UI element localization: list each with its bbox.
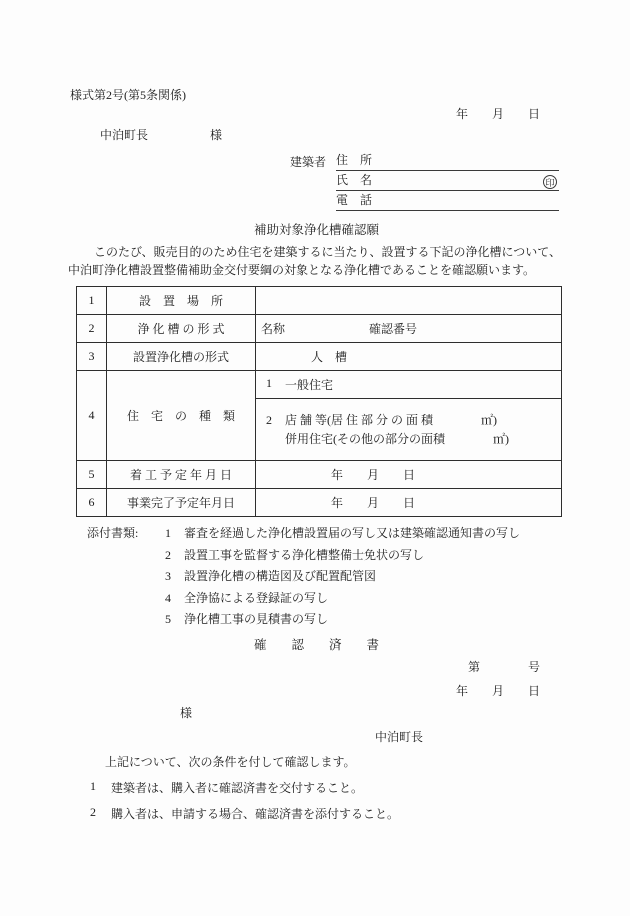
option-text-line2: 併用住宅(その他の部分の面積 ㎡) bbox=[285, 430, 509, 449]
condition-text: 建築者は、購入者に確認済書を交付すること。 bbox=[111, 779, 363, 796]
request-title: 補助対象浄化槽確認願 bbox=[70, 220, 563, 238]
table-row-tank-model: 2 浄 化 槽 の 形 式 名称 確認番号 bbox=[77, 315, 562, 343]
table-row-location: 1 設 置 場 所 bbox=[77, 287, 562, 315]
attachments-label: 添付書類: bbox=[70, 523, 165, 545]
request-body-line2: 中泊町浄化槽設置整備補助金交付要綱の対象となる浄化槽であることを確認願います。 bbox=[68, 261, 563, 279]
attachment-text: 審査を経過した浄化槽設置届の写し又は建築確認通知書の写し bbox=[184, 523, 520, 545]
builder-block: 建築者 住 所 氏 名 印 電 話 bbox=[70, 151, 563, 211]
row-value bbox=[256, 287, 562, 315]
addressee-row: 中泊町長様 bbox=[70, 126, 563, 143]
builder-phone-label: 電 話 bbox=[336, 193, 372, 207]
attachment-number: 3 bbox=[165, 566, 184, 588]
addressee-name: 中泊町長 bbox=[100, 128, 148, 142]
attachment-text: 設置工事を監督する浄化槽整備士免状の写し bbox=[184, 545, 424, 567]
document-page: 様式第2号(第5条関係) 年 月 日 中泊町長様 建築者 住 所 氏 名 印 電… bbox=[0, 0, 630, 916]
row-value: 名称 確認番号 bbox=[256, 320, 561, 337]
row-label: 事業完了予定年月日 bbox=[107, 489, 256, 517]
attachment-number: 1 bbox=[165, 523, 184, 545]
attachment-number: 2 bbox=[165, 545, 184, 567]
certificate-addressee-honorific: 様 bbox=[70, 704, 563, 721]
row-value: 年 月 日 bbox=[256, 466, 561, 483]
attachment-item: 4 全浄協による登録証の写し bbox=[70, 588, 563, 610]
house-type-option-1: 1 一般住宅 bbox=[256, 371, 562, 399]
condition-number: 2 bbox=[90, 805, 111, 822]
addressee-honorific: 様 bbox=[210, 128, 222, 142]
form-number: 様式第2号(第5条関係) bbox=[70, 86, 563, 103]
certificate-date-line: 年 月 日 bbox=[70, 682, 563, 699]
table-row-tank-capacity: 3 設置浄化槽の形式 人 槽 bbox=[77, 343, 562, 371]
attachments-list: 添付書類: 1 審査を経過した浄化槽設置届の写し又は建築確認通知書の写し 2 設… bbox=[70, 523, 563, 631]
builder-label: 建築者 bbox=[70, 151, 326, 211]
certificate-condition: 2 購入者は、申請する場合、確認済書を添付すること。 bbox=[70, 805, 563, 822]
request-body-line1: このたび、販売目的のため住宅を建築するに当たり、設置する下記の浄化槽について、 bbox=[70, 243, 563, 261]
row-number: 2 bbox=[77, 315, 107, 343]
row-number: 5 bbox=[77, 461, 107, 489]
certificate-number-line: 第 号 bbox=[70, 658, 563, 675]
builder-phone-field: 電 話 bbox=[336, 191, 559, 211]
certificate-title: 確 認 済 書 bbox=[70, 635, 563, 653]
table-row-start-date: 5 着 工 予 定 年 月 日 年 月 日 bbox=[77, 461, 562, 489]
row-label: 設置浄化槽の形式 bbox=[107, 343, 256, 371]
attachment-item: 2 設置工事を監督する浄化槽整備士免状の写し bbox=[70, 545, 563, 567]
certificate-body: 上記について、次の条件を付して確認します。 bbox=[70, 753, 563, 770]
attachment-number: 5 bbox=[165, 609, 184, 631]
row-label: 住 宅 の 種 類 bbox=[107, 371, 256, 461]
row-number: 3 bbox=[77, 343, 107, 371]
option-number: 2 bbox=[266, 411, 285, 449]
builder-name-field: 氏 名 印 bbox=[336, 171, 559, 191]
option-text-line1: 店 舗 等(居 住 部 分 の 面 積 ㎡) bbox=[285, 411, 509, 430]
house-type-option-2: 2 店 舗 等(居 住 部 分 の 面 積 ㎡) 併用住宅(その他の部分の面積 … bbox=[256, 399, 562, 461]
request-body: このたび、販売目的のため住宅を建築するに当たり、設置する下記の浄化槽について、 … bbox=[70, 243, 563, 279]
option-text: 一般住宅 bbox=[285, 376, 333, 393]
row-value: 人 槽 bbox=[256, 348, 561, 365]
row-label: 着 工 予 定 年 月 日 bbox=[107, 461, 256, 489]
option-text: 店 舗 等(居 住 部 分 の 面 積 ㎡) 併用住宅(その他の部分の面積 ㎡) bbox=[285, 411, 509, 449]
attachment-number: 4 bbox=[165, 588, 184, 610]
attachment-text: 設置浄化槽の構造図及び配置配管図 bbox=[184, 566, 376, 588]
header-date-line: 年 月 日 bbox=[70, 105, 563, 122]
certificate-condition: 1 建築者は、購入者に確認済書を交付すること。 bbox=[70, 779, 563, 796]
attachment-text: 全浄協による登録証の写し bbox=[184, 588, 328, 610]
row-number: 1 bbox=[77, 287, 107, 315]
builder-name-label: 氏 名 bbox=[336, 173, 372, 187]
table-row-completion-date: 6 事業完了予定年月日 年 月 日 bbox=[77, 489, 562, 517]
attachment-item: 3 設置浄化槽の構造図及び配置配管図 bbox=[70, 566, 563, 588]
condition-text: 購入者は、申請する場合、確認済書を添付すること。 bbox=[111, 805, 399, 822]
attachment-text: 浄化槽工事の見積書の写し bbox=[184, 609, 328, 631]
condition-number: 1 bbox=[90, 779, 111, 796]
certificate-mayor: 中泊町長 bbox=[70, 728, 563, 745]
row-label: 設 置 場 所 bbox=[107, 287, 256, 315]
builder-address-field: 住 所 bbox=[336, 151, 559, 171]
attachment-item: 5 浄化槽工事の見積書の写し bbox=[70, 609, 563, 631]
table-row-house-type: 4 住 宅 の 種 類 1 一般住宅 bbox=[77, 371, 562, 399]
row-label: 浄 化 槽 の 形 式 bbox=[107, 315, 256, 343]
attachment-item: 添付書類: 1 審査を経過した浄化槽設置届の写し又は建築確認通知書の写し bbox=[70, 523, 563, 545]
builder-address-label: 住 所 bbox=[336, 153, 372, 167]
seal-icon: 印 bbox=[543, 175, 557, 189]
option-number: 1 bbox=[266, 376, 285, 393]
request-table: 1 設 置 場 所 2 浄 化 槽 の 形 式 名称 確認番号 3 設置浄化槽の… bbox=[76, 286, 562, 517]
row-value: 年 月 日 bbox=[256, 494, 561, 511]
row-number: 6 bbox=[77, 489, 107, 517]
row-number: 4 bbox=[77, 371, 107, 461]
builder-fields: 住 所 氏 名 印 電 話 bbox=[336, 151, 559, 211]
